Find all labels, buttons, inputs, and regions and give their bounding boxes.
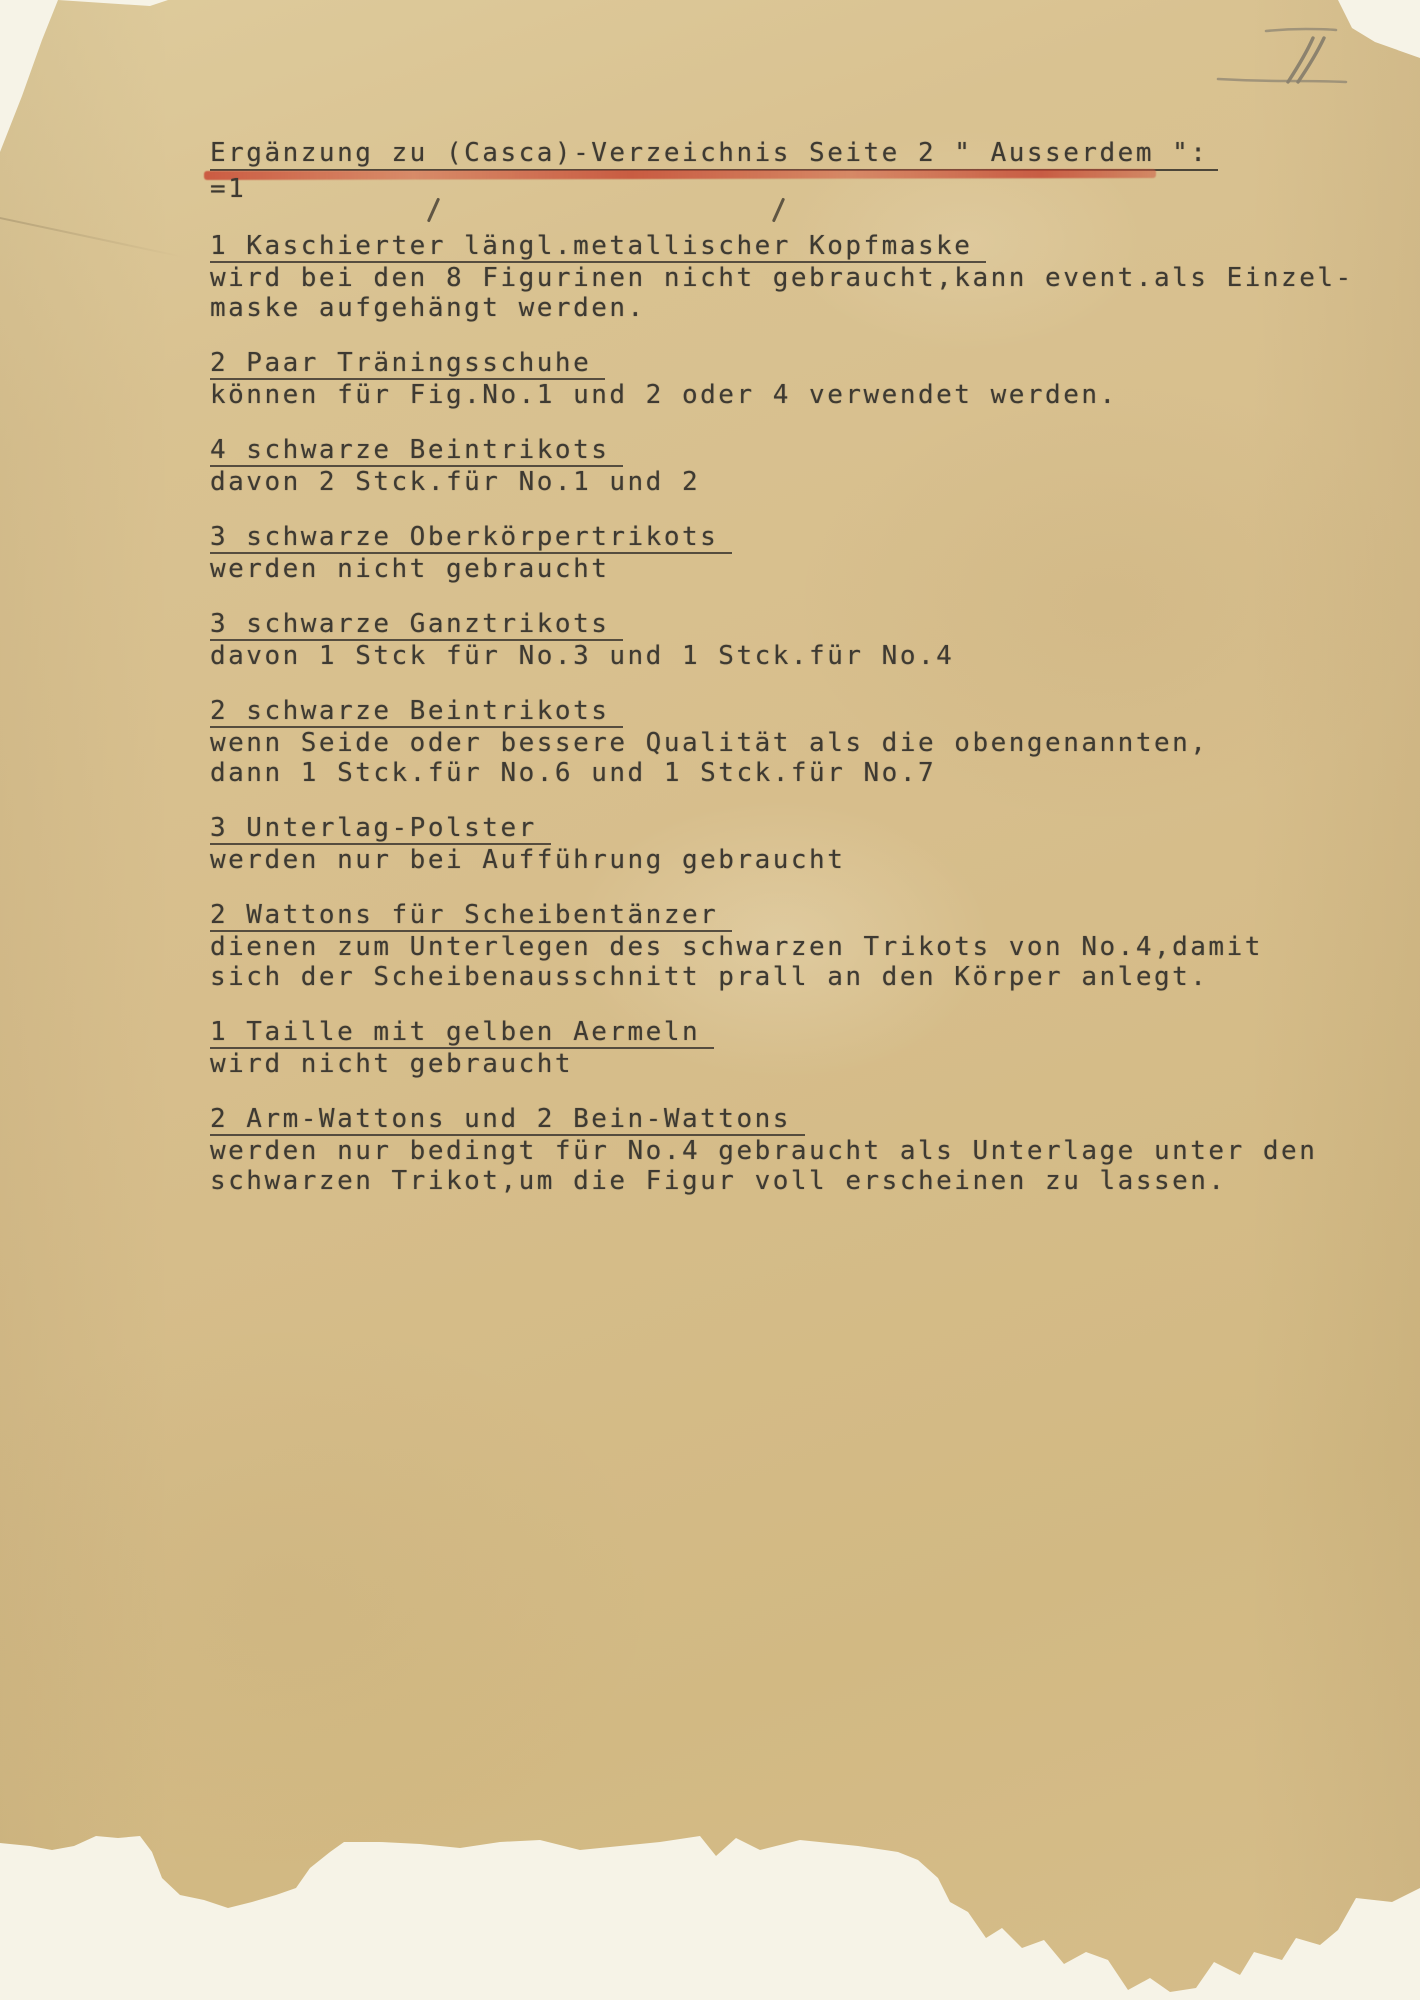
item-body: wird bei den 8 Figurinen nicht gebraucht…	[210, 263, 1400, 323]
list-item: 4 schwarze Beintrikotsdavon 2 Stck.für N…	[210, 435, 1400, 497]
item-body: dienen zum Unterlegen des schwarzen Trik…	[210, 932, 1400, 992]
list-item: 2 Paar Träningsschuhekönnen für Fig.No.1…	[210, 348, 1400, 410]
list-item: 1 Kaschierter längl.metallischer Kopfmas…	[210, 231, 1400, 323]
item-body: werden nur bei Aufführung gebraucht	[210, 845, 1400, 875]
list-item: 1 Taille mit gelben Aermelnwird nicht ge…	[210, 1017, 1400, 1079]
item-heading: 2 Paar Träningsschuhe	[210, 348, 605, 380]
list-item: 2 schwarze Beintrikotswenn Seide oder be…	[210, 696, 1400, 788]
item-body: werden nicht gebraucht	[210, 554, 1400, 584]
item-body: werden nur bedingt für No.4 gebraucht al…	[210, 1136, 1400, 1196]
list-item: 2 Wattons für Scheibentänzerdienen zum U…	[210, 900, 1400, 992]
document-title: Ergänzung zu (Casca)-Verzeichnis Seite 2…	[210, 138, 1218, 171]
typewritten-text-block: Ergänzung zu (Casca)-Verzeichnis Seite 2…	[210, 138, 1400, 1221]
page-number-pencil-mark	[1170, 8, 1370, 98]
list-item: 3 Unterlag-Polsterwerden nur bei Aufführ…	[210, 813, 1400, 875]
paper-sheet: Ergänzung zu (Casca)-Verzeichnis Seite 2…	[0, 0, 1420, 2000]
item-body: wenn Seide oder bessere Qualität als die…	[210, 728, 1400, 788]
item-heading: 3 schwarze Ganztrikots	[210, 609, 623, 641]
scanned-document-canvas: Ergänzung zu (Casca)-Verzeichnis Seite 2…	[0, 0, 1420, 2000]
item-heading: 1 Kaschierter längl.metallischer Kopfmas…	[210, 231, 986, 263]
overstrike-slash-mark	[772, 198, 785, 223]
list-item: 2 Arm-Wattons und 2 Bein-Wattonswerden n…	[210, 1104, 1400, 1196]
item-body: können für Fig.No.1 und 2 oder 4 verwend…	[210, 380, 1400, 410]
list-item: 3 schwarze Ganztrikotsdavon 1 Stck für N…	[210, 609, 1400, 671]
item-heading: 2 Wattons für Scheibentänzer	[210, 900, 732, 932]
annotation-mark: =1	[210, 174, 246, 204]
list-item: 3 schwarze Oberkörpertrikotswerden nicht…	[210, 522, 1400, 584]
item-heading: 3 Unterlag-Polster	[210, 813, 551, 845]
paper-crease	[0, 216, 185, 258]
item-sections: 1 Kaschierter längl.metallischer Kopfmas…	[210, 231, 1400, 1196]
item-heading: 2 schwarze Beintrikots	[210, 696, 623, 728]
overstrike-slash-mark	[427, 198, 440, 223]
item-heading: 3 schwarze Oberkörpertrikots	[210, 522, 732, 554]
item-heading: 2 Arm-Wattons und 2 Bein-Wattons	[210, 1104, 805, 1136]
item-heading: 4 schwarze Beintrikots	[210, 435, 623, 467]
item-body: davon 1 Stck für No.3 und 1 Stck.für No.…	[210, 641, 1400, 671]
item-body: wird nicht gebraucht	[210, 1049, 1400, 1079]
item-body: davon 2 Stck.für No.1 und 2	[210, 467, 1400, 497]
item-heading: 1 Taille mit gelben Aermeln	[210, 1017, 714, 1049]
red-crayon-underline	[204, 169, 1156, 180]
